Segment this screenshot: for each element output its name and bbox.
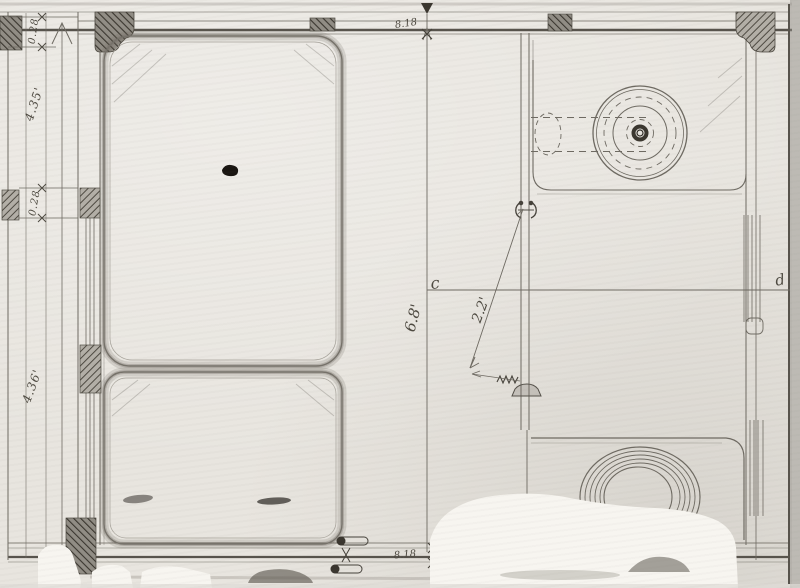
post-top-mid-left — [310, 18, 335, 31]
corner-post-top-right — [736, 12, 775, 52]
post-top-mid-right — [548, 14, 572, 31]
ink-blot — [222, 165, 238, 176]
stove-pipe — [531, 113, 648, 155]
stove-plan — [593, 86, 687, 180]
partition-post — [497, 33, 541, 430]
plan-drawing — [0, 0, 800, 588]
pencil-smudges-berths — [123, 493, 291, 505]
marker-label-c: c — [430, 273, 441, 293]
berth-lower — [104, 372, 342, 544]
scanned-plan-page: 0.28 4.35' 0.28 4.36' 8.18 8.18 6.8' 2.2… — [0, 0, 800, 588]
berth-upper — [104, 36, 342, 366]
dim-label-bottom-center: 8.18 — [393, 549, 416, 562]
wall-right — [744, 4, 789, 584]
wall-left — [8, 12, 104, 560]
